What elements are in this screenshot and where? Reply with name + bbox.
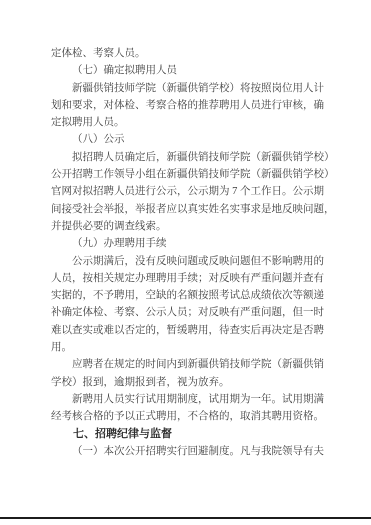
document-line: 实据的，不予聘用，空缺的名额按照考试总成绩依次等额递: [51, 287, 325, 304]
document-line: 拟招聘人员确定后，新疆供销技师学院（新疆供销学校）: [51, 149, 325, 166]
document-line: 补确定体检、考察、公示人员；对反映有严重问题，但一时: [51, 304, 325, 321]
document-line: 公示期满后，没有反映问题或反映问题但不影响聘用的: [51, 253, 325, 270]
document-line: 新聘用人员实行试用期制度，试用期为一年。试用期满: [51, 391, 325, 408]
page-bottom-rule: [0, 517, 371, 519]
document-line: 划和要求，对体检、考察合格的推荐聘用人员进行审核，确: [51, 97, 325, 114]
document-line: 人员，按相关规定办理聘用手续；对反映有严重问题并查有: [51, 270, 325, 287]
document-line: （一）本次公开招聘实行回避制度。凡与我院领导有夫: [51, 443, 325, 460]
document-line: （七）确定拟聘用人员: [51, 62, 325, 79]
document-line: 间接受社会举报，举报者应以真实姓名实事求是地反映问题，: [51, 201, 325, 218]
document-line: 并提供必要的调查线索。: [51, 218, 325, 235]
document-line: 难以查实或难以否定的，暂缓聘用，待查实后再决定是否聘: [51, 322, 325, 339]
document-line: 公开招聘工作领导小组在新疆供销技师学院（新疆供销学校）: [51, 166, 325, 183]
document-text-block: 定体检、考察人员。（七）确定拟聘用人员新疆供销技师学院（新疆供销学校）将按照岗位…: [51, 45, 325, 460]
document-line: 应聘者在规定的时间内到新疆供销技师学院（新疆供销: [51, 356, 325, 373]
document-line: （九）办理聘用手续: [51, 235, 325, 252]
document-line: （八）公示: [51, 131, 325, 148]
section-heading: 七、招聘纪律与监督: [51, 426, 325, 443]
document-line: 用。: [51, 339, 325, 356]
document-line: 经考核合格的予以正式聘用，不合格的，取消其聘用资格。: [51, 408, 325, 425]
document-line: 学校）报到，逾期报到者，视为放弃。: [51, 374, 325, 391]
document-page: 定体检、考察人员。（七）确定拟聘用人员新疆供销技师学院（新疆供销学校）将按照岗位…: [0, 0, 371, 525]
document-line: 新疆供销技师学院（新疆供销学校）将按照岗位用人计: [51, 80, 325, 97]
document-line: 官网对拟招聘人员进行公示，公示期为 7 个工作日。公示期: [51, 183, 325, 200]
document-line: 定拟聘用人员。: [51, 114, 325, 131]
document-line: 定体检、考察人员。: [51, 45, 325, 62]
